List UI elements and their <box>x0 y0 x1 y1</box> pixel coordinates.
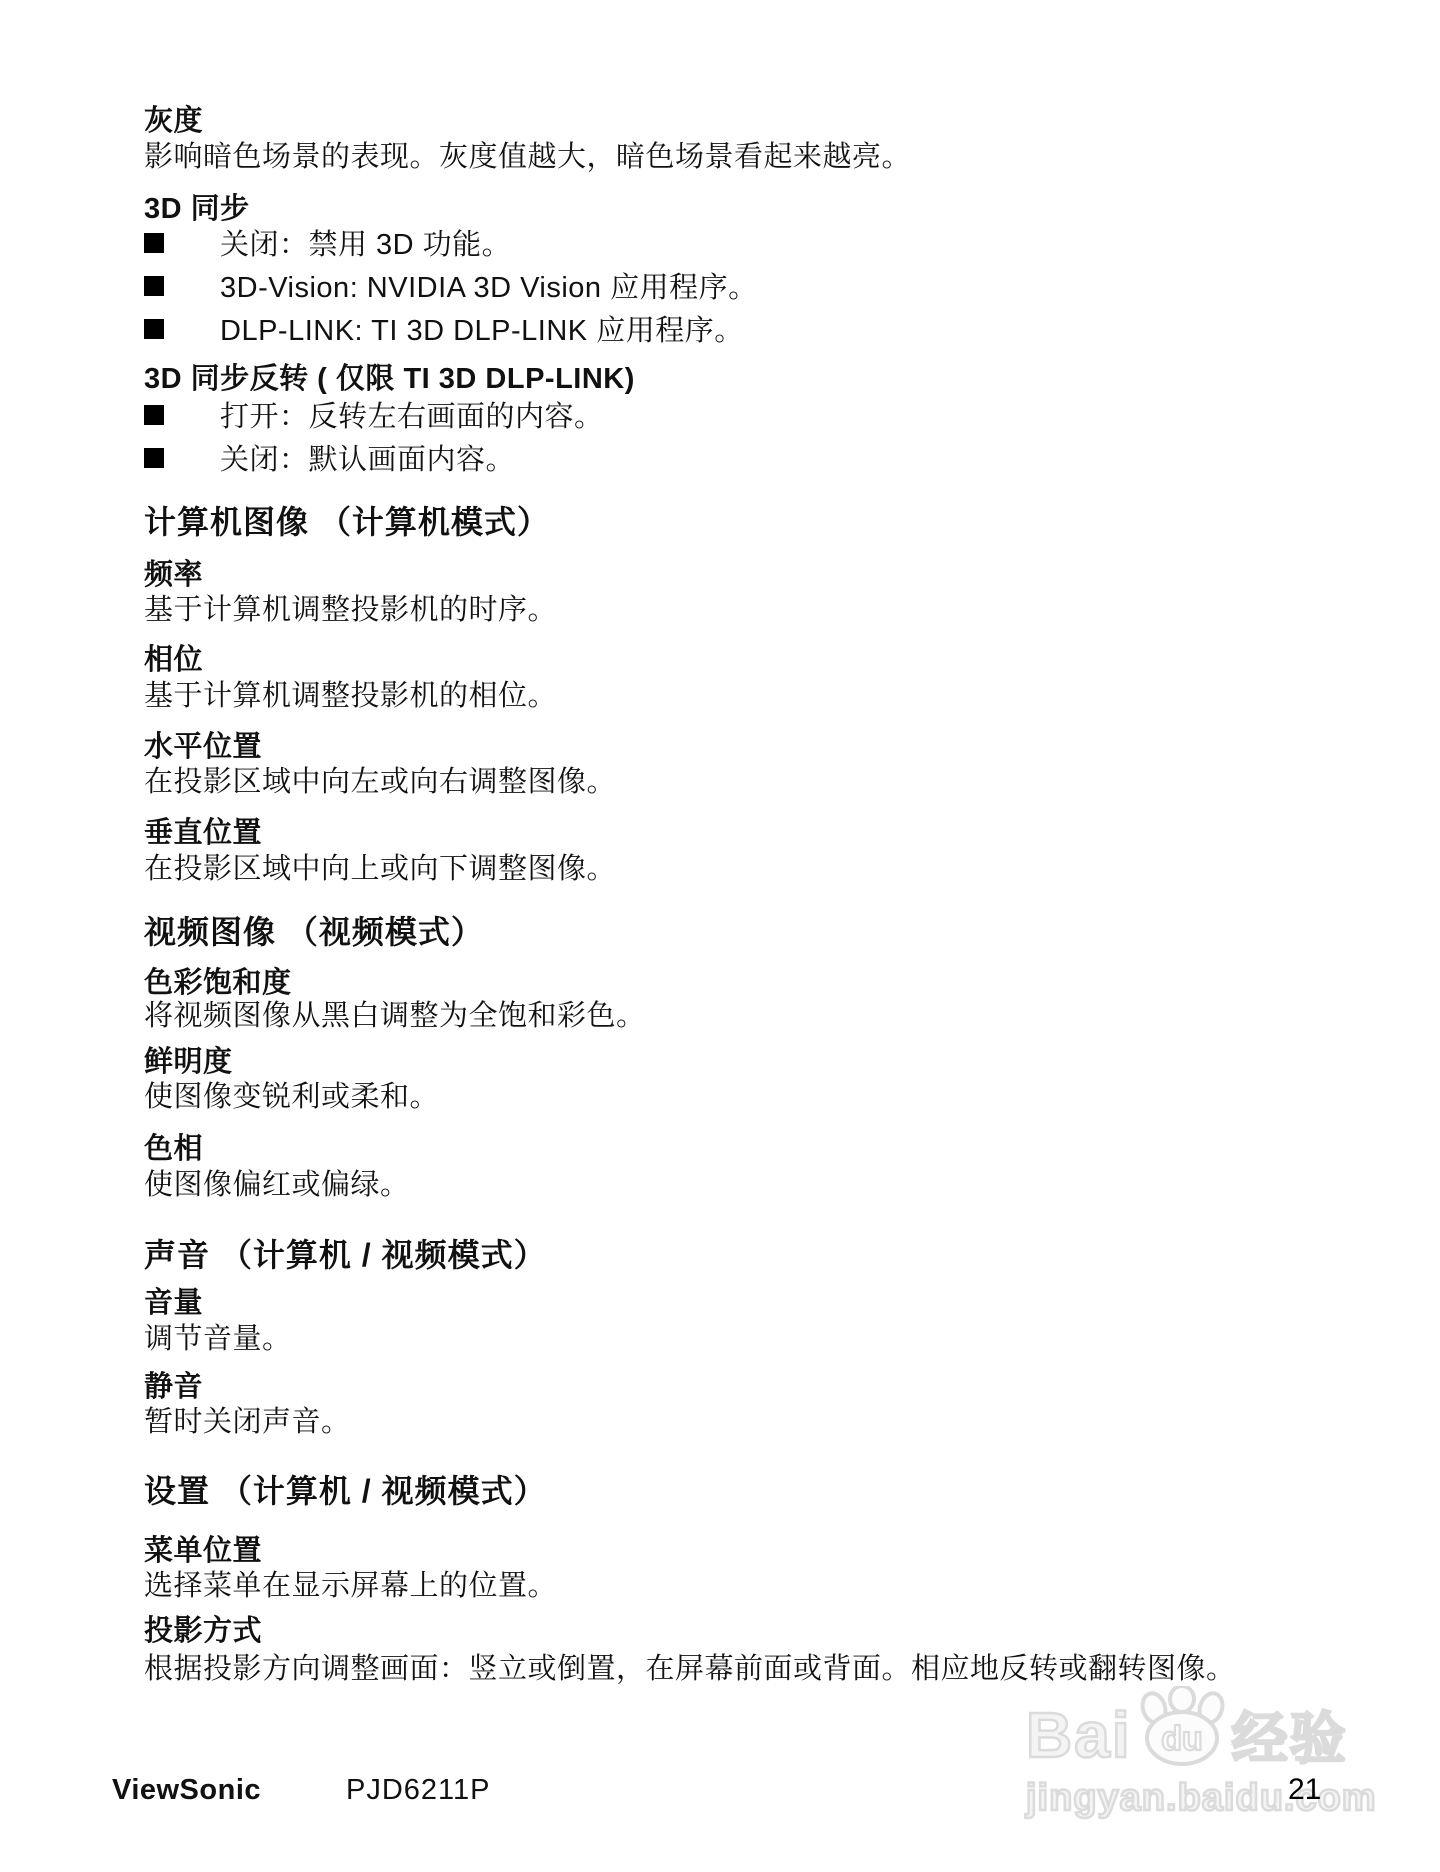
footer-brand: ViewSonic <box>112 1774 261 1807</box>
subheading-projection: 投影方式 <box>144 1614 262 1649</box>
bullet-item: 3D-Vision: NVIDIA 3D Vision 应用程序。 <box>144 271 758 306</box>
bullet-item: 打开：反转左右画面的内容。 <box>144 400 604 435</box>
bullet-item: DLP-LINK: TI 3D DLP-LINK 应用程序。 <box>144 314 744 349</box>
bullet-text: DLP-LINK: TI 3D DLP-LINK 应用程序。 <box>220 315 744 347</box>
section-heading-computer-image: 计算机图像 （计算机模式） <box>144 503 550 541</box>
watermark-url: jingyan.baidu.com <box>1026 1777 1377 1820</box>
body-text: 在投影区域中向左或向右调整图像。 <box>144 765 616 800</box>
bullet-text: 关闭：默认画面内容。 <box>220 444 515 476</box>
footer-model: PJD6211P <box>346 1774 491 1807</box>
jingyan-logo-text: 经验 <box>1232 1711 1348 1767</box>
baidu-jingyan-watermark: Bai du 经验 jingyan.baidu.com <box>1026 1686 1377 1820</box>
body-text: 使图像变锐利或柔和。 <box>144 1080 439 1115</box>
subheading-h-position: 水平位置 <box>144 730 262 765</box>
baidu-logo-text: Bai <box>1026 1703 1132 1767</box>
body-text: 影响暗色场景的表现。灰度值越大，暗色场景看起来越亮。 <box>144 140 911 175</box>
body-text: 选择菜单在显示屏幕上的位置。 <box>144 1569 557 1604</box>
body-text: 暂时关闭声音。 <box>144 1405 351 1440</box>
body-text: 根据投影方向调整画面：竖立或倒置，在屏幕前面或背面。相应地反转或翻转图像。 <box>144 1652 1236 1687</box>
baidu-logo: Bai du 经验 <box>1026 1686 1377 1767</box>
section-heading-video-image: 视频图像 （视频模式） <box>144 913 484 951</box>
section-heading-settings: 设置 （计算机 / 视频模式） <box>144 1472 547 1510</box>
subheading-phase: 相位 <box>144 643 203 678</box>
bullet-text: 打开：反转左右画面的内容。 <box>220 401 604 433</box>
subheading-sharpness: 鲜明度 <box>144 1045 233 1080</box>
subheading-3d-sync: 3D 同步 <box>144 192 250 227</box>
bullet-square-icon <box>144 276 164 296</box>
bullet-square-icon <box>144 319 164 339</box>
subheading-grayscale: 灰度 <box>144 104 203 139</box>
manual-page: 灰度 影响暗色场景的表现。灰度值越大，暗色场景看起来越亮。 3D 同步 关闭：禁… <box>0 0 1440 1872</box>
section-heading-audio: 声音 （计算机 / 视频模式） <box>144 1236 547 1274</box>
body-text: 将视频图像从黑白调整为全饱和彩色。 <box>144 999 646 1034</box>
page-number: 21 <box>1288 1773 1321 1807</box>
body-text: 调节音量。 <box>144 1322 292 1357</box>
body-text: 基于计算机调整投影机的时序。 <box>144 593 557 628</box>
subheading-volume: 音量 <box>144 1286 203 1321</box>
body-text: 在投影区域中向上或向下调整图像。 <box>144 852 616 887</box>
baidu-paw-icon: du <box>1134 1686 1230 1771</box>
body-text: 基于计算机调整投影机的相位。 <box>144 679 557 714</box>
subheading-saturation: 色彩饱和度 <box>144 966 292 1001</box>
bullet-text: 3D-Vision: NVIDIA 3D Vision 应用程序。 <box>220 272 758 304</box>
baidu-du-text: du <box>1161 1720 1203 1758</box>
subheading-v-position: 垂直位置 <box>144 816 262 851</box>
bullet-square-icon <box>144 405 164 425</box>
subheading-mute: 静音 <box>144 1370 203 1405</box>
bullet-square-icon <box>144 448 164 468</box>
bullet-item: 关闭：禁用 3D 功能。 <box>144 228 511 263</box>
bullet-text: 关闭：禁用 3D 功能。 <box>220 229 511 261</box>
subheading-tint: 色相 <box>144 1132 203 1167</box>
bullet-item: 关闭：默认画面内容。 <box>144 443 515 478</box>
subheading-menu-position: 菜单位置 <box>144 1534 262 1569</box>
body-text: 使图像偏红或偏绿。 <box>144 1168 410 1203</box>
subheading-3d-sync-invert: 3D 同步反转 ( 仅限 TI 3D DLP-LINK) <box>144 362 635 397</box>
bullet-square-icon <box>144 233 164 253</box>
subheading-frequency: 频率 <box>144 558 203 593</box>
